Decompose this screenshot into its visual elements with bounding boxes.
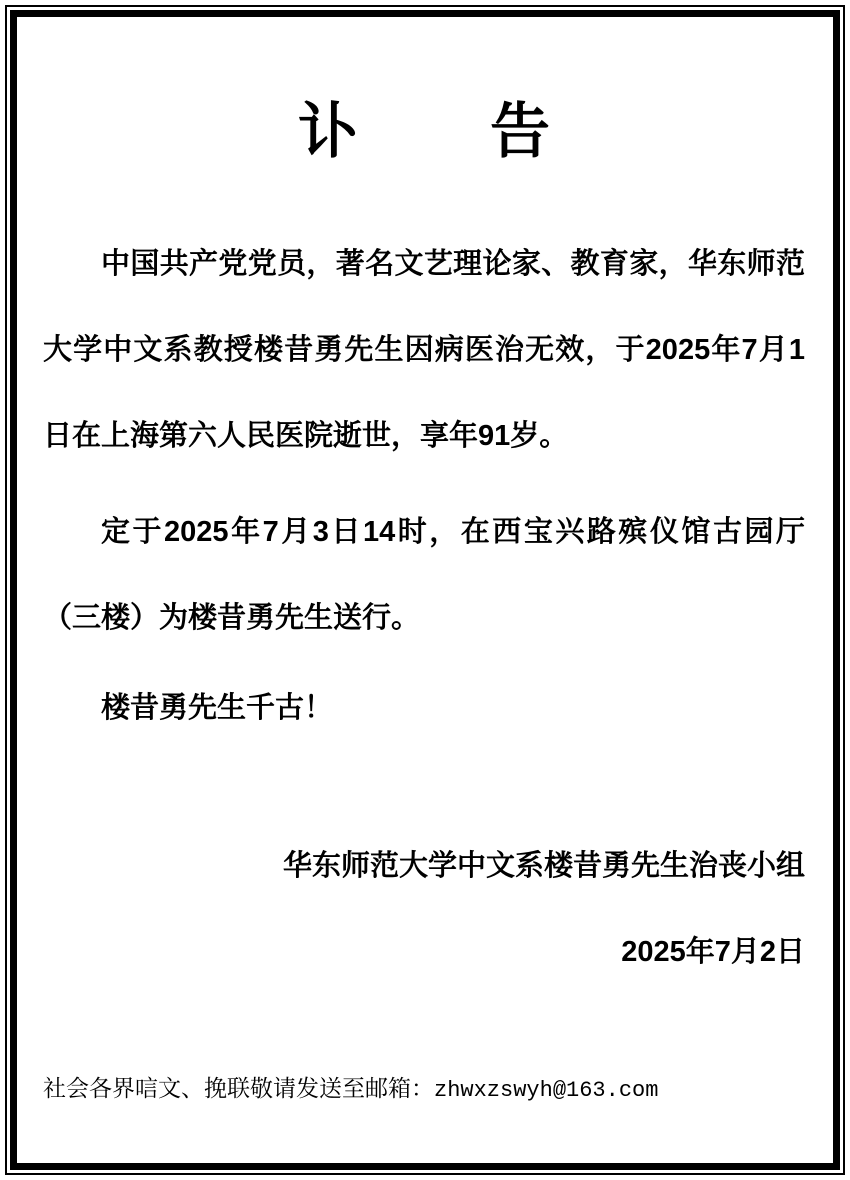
obituary-paragraph-death-notice: 中国共产党党员，著名文艺理论家、教育家，华东师范大学中文系教授楼昔勇先生因病医治… <box>43 221 805 479</box>
contact-label: 社会各界唁文、挽联敬请发送至邮箱： <box>43 1076 434 1101</box>
signature-line: 华东师范大学中文系楼昔勇先生治丧小组 <box>43 823 805 909</box>
date-line: 2025年7月2日 <box>43 909 805 995</box>
obituary-paragraph-tribute: 楼昔勇先生千古！ <box>43 665 805 751</box>
obituary-title: 讣告 <box>43 97 805 167</box>
contact-email: zhwxzswyh@163.com <box>434 1078 658 1103</box>
obituary-inner-frame: 讣告 中国共产党党员，著名文艺理论家、教育家，华东师范大学中文系教授楼昔勇先生因… <box>10 10 840 1170</box>
obituary-paragraph-farewell-arrangement: 定于2025年7月3日14时，在西宝兴路殡仪馆古园厅（三楼）为楼昔勇先生送行。 <box>43 489 805 661</box>
obituary-document: 讣告 中国共产党党员，著名文艺理论家、教育家，华东师范大学中文系教授楼昔勇先生因… <box>17 97 833 1107</box>
contact-line: 社会各界唁文、挽联敬请发送至邮箱：zhwxzswyh@163.com <box>43 1073 805 1107</box>
obituary-outer-frame: 讣告 中国共产党党员，著名文艺理论家、教育家，华东师范大学中文系教授楼昔勇先生因… <box>5 5 845 1175</box>
